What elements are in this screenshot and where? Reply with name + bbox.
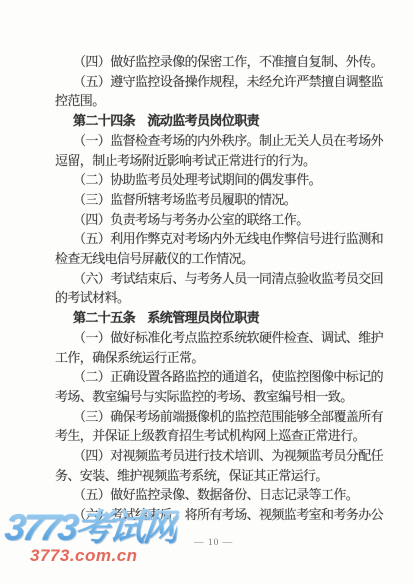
text-line: （一）监督检查考场的内外秩序。制止无关人员在考场外	[55, 131, 391, 151]
text-line: （三）监督所辖考场监考员履职的情况。	[55, 190, 391, 210]
scanned-document-page: （四）做好监控录像的保密工作，不准擅自复制、外传。 （五）遵守监控设备操作规程，…	[0, 0, 414, 585]
text-line: 控范围。	[55, 91, 391, 111]
site-watermark: 3773考试网 3773.com.cn	[5, 509, 177, 564]
watermark-logo-text: 3773考试网	[3, 509, 179, 546]
text-line: （三）确保考场前端摄像机的监控范围能够全部覆盖所有	[55, 407, 391, 427]
text-line: （四）对视频监考员进行技术培训、为视频监考员分配任	[55, 446, 391, 466]
text-line: （四）负责考场与考务办公室的联络工作。	[55, 210, 391, 230]
text-line: 逗留，制止考场附近影响考试正常进行的行为。	[55, 151, 391, 171]
text-line: （一）做好标准化考点监控系统软硬件检查、调试、维护	[55, 328, 391, 348]
text-line: 考生，并保证上级教育招生考试机构网上巡查正常进行。	[55, 426, 391, 446]
text-line: （五）做好监控录像、数据备份、日志记录等工作。	[55, 485, 391, 505]
text-line: （六）考试结束后、与考务人员一同清点验收监考员交回	[55, 269, 391, 289]
text-line: （五）利用作弊克对考场内外无线电作弊信号进行监测和	[55, 229, 391, 249]
text-line: 务、安装、维护视频监考系统，保证其正常运行。	[55, 466, 391, 486]
text-line: 工作，确保系统运行正常。	[55, 348, 391, 368]
document-body: （四）做好监控录像的保密工作，不准擅自复制、外传。 （五）遵守监控设备操作规程，…	[55, 52, 391, 525]
text-line: （二）正确设置各路监控的通道名，使监控图像中标记的	[55, 367, 391, 387]
article-heading-25: 第二十五条 系统管理员岗位职责	[55, 308, 391, 328]
text-line: （二）协助监考员处理考试期间的偶发事件。	[55, 170, 391, 190]
text-line: 的考试材料。	[55, 288, 391, 308]
page-number: — 10 —	[194, 538, 233, 548]
article-heading-24: 第二十四条 流动监考员岗位职责	[55, 111, 391, 131]
text-line: 检查无线电信号屏蔽仪的工作情况。	[55, 249, 391, 269]
text-line: （四）做好监控录像的保密工作，不准擅自复制、外传。	[55, 52, 391, 72]
text-line: （五）遵守监控设备操作规程，未经允许严禁擅自调整监	[55, 72, 391, 92]
watermark-domain-text: 3773.com.cn	[30, 547, 177, 564]
text-line: 考场、教室编号与实际监控的考场、教室编号相一致。	[55, 387, 391, 407]
